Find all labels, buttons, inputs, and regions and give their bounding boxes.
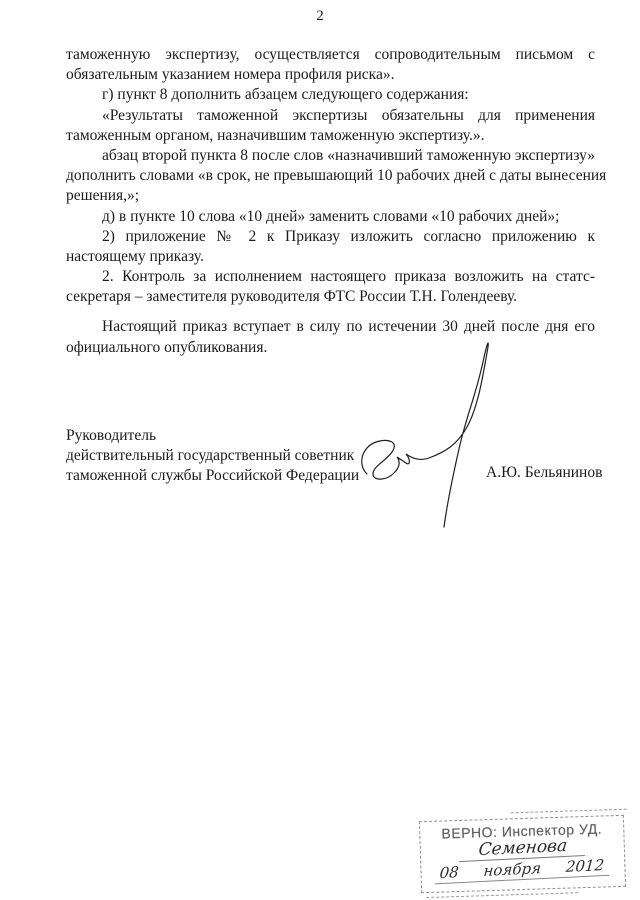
signer-title-line: таможенной службы Российской Федерации [66,466,359,486]
text-line: д) в пункте 10 слова «10 дней» заменить … [66,207,595,227]
handwritten-signature [340,325,520,535]
text-line: таможенную экспертизу, осуществляется со… [66,45,595,65]
certification-stamp: ВЕРНО: Инспектор УД. Семенова 08 ноября … [419,815,626,893]
signer-title-line: Руководитель [66,426,359,446]
text-line: 2) приложение № 2 к Приказу изложить сог… [66,227,595,247]
text-line: «Результаты таможенной экспертизы обязат… [66,106,595,126]
signer-title-block: Руководитель действительный государствен… [66,426,359,487]
text-line: 2. Контроль за исполнением настоящего пр… [66,267,595,287]
text-line: абзац второй пункта 8 после слов «назнач… [66,146,595,166]
stamp-date-month: ноября [483,859,542,880]
stamp-date-day: 08 [439,863,460,882]
text-line: решения,»; [66,186,595,206]
text-line: настоящему приказу. [66,247,595,267]
text-line: секретаря – заместителя руководителя ФТС… [66,287,595,307]
text-line: обязательным указанием номера профиля ри… [66,65,595,85]
document-page: 2 таможенную экспертизу, осуществляется … [0,0,640,900]
text-line: дополнить словами «в срок, не превышающи… [66,166,595,186]
stamp-date-year: 2012 [565,856,605,876]
page-number: 2 [0,8,640,25]
signer-title-line: действительный государственный советник [66,446,359,466]
text-line: г) пункт 8 дополнить абзацем следующего … [66,85,595,105]
document-body: таможенную экспертизу, осуществляется со… [66,45,595,358]
text-line: таможенным органом, назначившим таможенн… [66,126,595,146]
